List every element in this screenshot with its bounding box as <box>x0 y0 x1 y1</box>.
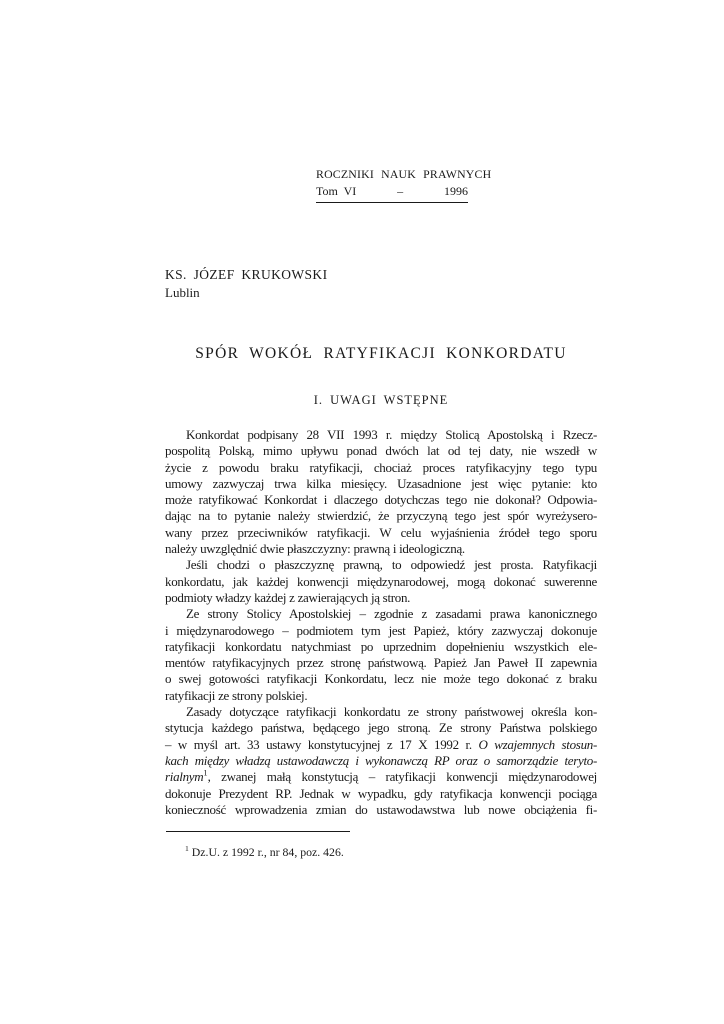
text-segment: wany przez przeciwników ratyfikacji. W c… <box>165 525 597 540</box>
text-line: umowy zazwyczaj trwa kilka miesięcy. Uza… <box>165 476 597 492</box>
text-line: wany przez przeciwników ratyfikacji. W c… <box>165 525 597 541</box>
paragraph: Zasady dotyczące ratyfikacji konkordatu … <box>165 704 597 818</box>
text-line: dając na to pytanie należy stwierdzić, ż… <box>165 508 597 524</box>
author-city: Lublin <box>165 285 327 301</box>
text-line: Jeśli chodzi o płaszczyznę prawną, to od… <box>165 557 597 573</box>
text-segment: pospolitą Polską, mimo upływu ponad dwóc… <box>165 443 597 458</box>
text-segment: i międzynarodowego – podmiotem tym jest … <box>165 623 597 638</box>
footnote-rule <box>166 831 350 832</box>
text-line: pospolitą Polską, mimo upływu ponad dwóc… <box>165 443 597 459</box>
text-line: ratyfikacji ze strony polskiej. <box>165 688 597 704</box>
paragraph: Ze strony Stolicy Apostolskiej – zgodnie… <box>165 606 597 704</box>
text-segment: dając na to pytanie należy stwierdzić, ż… <box>165 508 597 523</box>
author-name: KS. JÓZEF KRUKOWSKI <box>165 267 327 283</box>
text-segment: Zasady dotyczące ratyfikacji konkordatu … <box>186 704 597 719</box>
text-segment: Konkordat podpisany 28 VII 1993 r. międz… <box>186 427 597 442</box>
journal-dash: – <box>397 184 403 199</box>
text-line: Konkordat podpisany 28 VII 1993 r. międz… <box>165 427 597 443</box>
paragraph: Konkordat podpisany 28 VII 1993 r. międz… <box>165 427 597 557</box>
text-segment: o swej gotowości ratyfikacji Konkordatu,… <box>165 671 597 686</box>
text-line: dokonuje Prezydent RP. Jednak w wypadku,… <box>165 786 597 802</box>
text-segment: umowy zazwyczaj trwa kilka miesięcy. Uza… <box>165 476 597 491</box>
article-title: SPÓR WOKÓŁ RATYFIKACJI KONKORDATU <box>165 345 597 363</box>
text-segment: należy uwzględnić dwie płaszczyzny: praw… <box>165 541 465 556</box>
journal-volume-line: Tom VI – 1996 <box>316 184 468 199</box>
text-line: mentów ratyfikacyjnych przez stronę pańs… <box>165 655 597 671</box>
text-segment: Jeśli chodzi o płaszczyznę prawną, to od… <box>186 557 597 572</box>
text-line: Zasady dotyczące ratyfikacji konkordatu … <box>165 704 597 720</box>
author-block: KS. JÓZEF KRUKOWSKI Lublin <box>165 267 327 301</box>
text-line: może ratyfikować Konkordat i dlaczego do… <box>165 492 597 508</box>
text-segment: życie z powodu braku ratyfikacji, chocia… <box>165 460 597 475</box>
text-segment: O wzajemnych stosun- <box>478 737 597 752</box>
text-segment: – w myśl art. 33 ustawy konstytucyjnej z… <box>165 737 478 752</box>
text-line: o swej gotowości ratyfikacji Konkordatu,… <box>165 671 597 687</box>
text-line: – w myśl art. 33 ustawy konstytucyjnej z… <box>165 737 597 753</box>
text-line: życie z powodu braku ratyfikacji, chocia… <box>165 460 597 476</box>
footnote-text: Dz.U. z 1992 r., nr 84, poz. 426. <box>189 845 344 859</box>
text-line: konieczność wprowadzenia zmian do ustawo… <box>165 802 597 818</box>
text-segment: konkordatu, jak każdej konwencji międzyn… <box>165 574 597 589</box>
text-segment: ratyfikacji konkordatu natychmiast po up… <box>165 639 597 654</box>
text-line: ratyfikacji konkordatu natychmiast po up… <box>165 639 597 655</box>
text-segment: stytucja każdego państwa, będącego jego … <box>165 720 597 735</box>
body-text: Konkordat podpisany 28 VII 1993 r. międz… <box>165 427 597 818</box>
text-segment: dokonuje Prezydent RP. Jednak w wypadku,… <box>165 786 597 801</box>
scanned-article-page: ROCZNIKI NAUK PRAWNYCH Tom VI – 1996 KS.… <box>0 0 724 1024</box>
text-segment: , zwanej małą konstytucją – ratyfikacji … <box>208 769 597 784</box>
text-segment: Ze strony Stolicy Apostolskiej – zgodnie… <box>186 606 597 621</box>
text-line: konkordatu, jak każdej konwencji międzyn… <box>165 574 597 590</box>
text-segment: mentów ratyfikacyjnych przez stronę pańs… <box>165 655 597 670</box>
journal-volume: Tom VI <box>316 184 356 199</box>
text-line: Ze strony Stolicy Apostolskiej – zgodnie… <box>165 606 597 622</box>
text-segment: rialnym <box>165 769 203 784</box>
text-segment: podmioty władzy każdej z zawierających j… <box>165 590 410 605</box>
text-line: należy uwzględnić dwie płaszczyzny: praw… <box>165 541 597 557</box>
journal-name: ROCZNIKI NAUK PRAWNYCH <box>316 167 468 182</box>
text-line: rialnym1, zwanej małą konstytucją – raty… <box>165 769 597 785</box>
text-segment: może ratyfikować Konkordat i dlaczego do… <box>165 492 597 507</box>
text-segment: konieczność wprowadzenia zmian do ustawo… <box>165 802 597 817</box>
journal-header-rule <box>316 202 468 203</box>
text-line: kach między władzą ustawodawczą i wykona… <box>165 753 597 769</box>
text-segment: ratyfikacji ze strony polskiej. <box>165 688 307 703</box>
footnote: 1 Dz.U. z 1992 r., nr 84, poz. 426. <box>165 845 597 860</box>
paragraph: Jeśli chodzi o płaszczyznę prawną, to od… <box>165 557 597 606</box>
text-line: stytucja każdego państwa, będącego jego … <box>165 720 597 736</box>
text-line: i międzynarodowego – podmiotem tym jest … <box>165 623 597 639</box>
text-line: podmioty władzy każdej z zawierających j… <box>165 590 597 606</box>
section-heading: I. UWAGI WSTĘPNE <box>165 393 597 408</box>
journal-year: 1996 <box>444 184 468 199</box>
journal-header: ROCZNIKI NAUK PRAWNYCH Tom VI – 1996 <box>316 167 468 203</box>
text-segment: kach między władzą ustawodawczą i wykona… <box>165 753 597 768</box>
